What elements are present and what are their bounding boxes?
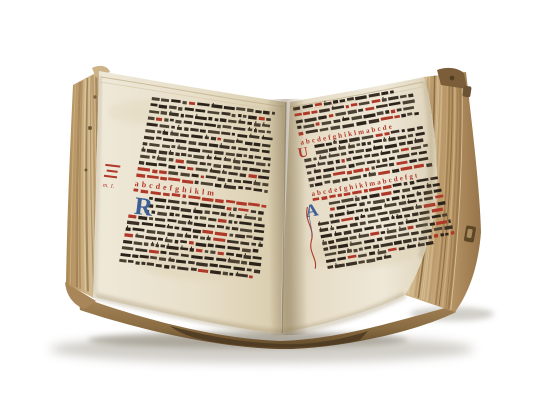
- wormhole: [85, 169, 88, 172]
- wormhole: [88, 126, 92, 130]
- clasp-remnant-upper: [462, 85, 471, 97]
- gutter-shadow: [266, 99, 308, 336]
- manuscript-photo: a b c d e f g h i k l m a b c d e f g h …: [0, 0, 555, 416]
- wormhole: [93, 95, 96, 98]
- photo-canvas: a b c d e f g h i k l m a b c d e f g h …: [0, 0, 555, 416]
- board-wear-spot: [450, 76, 455, 81]
